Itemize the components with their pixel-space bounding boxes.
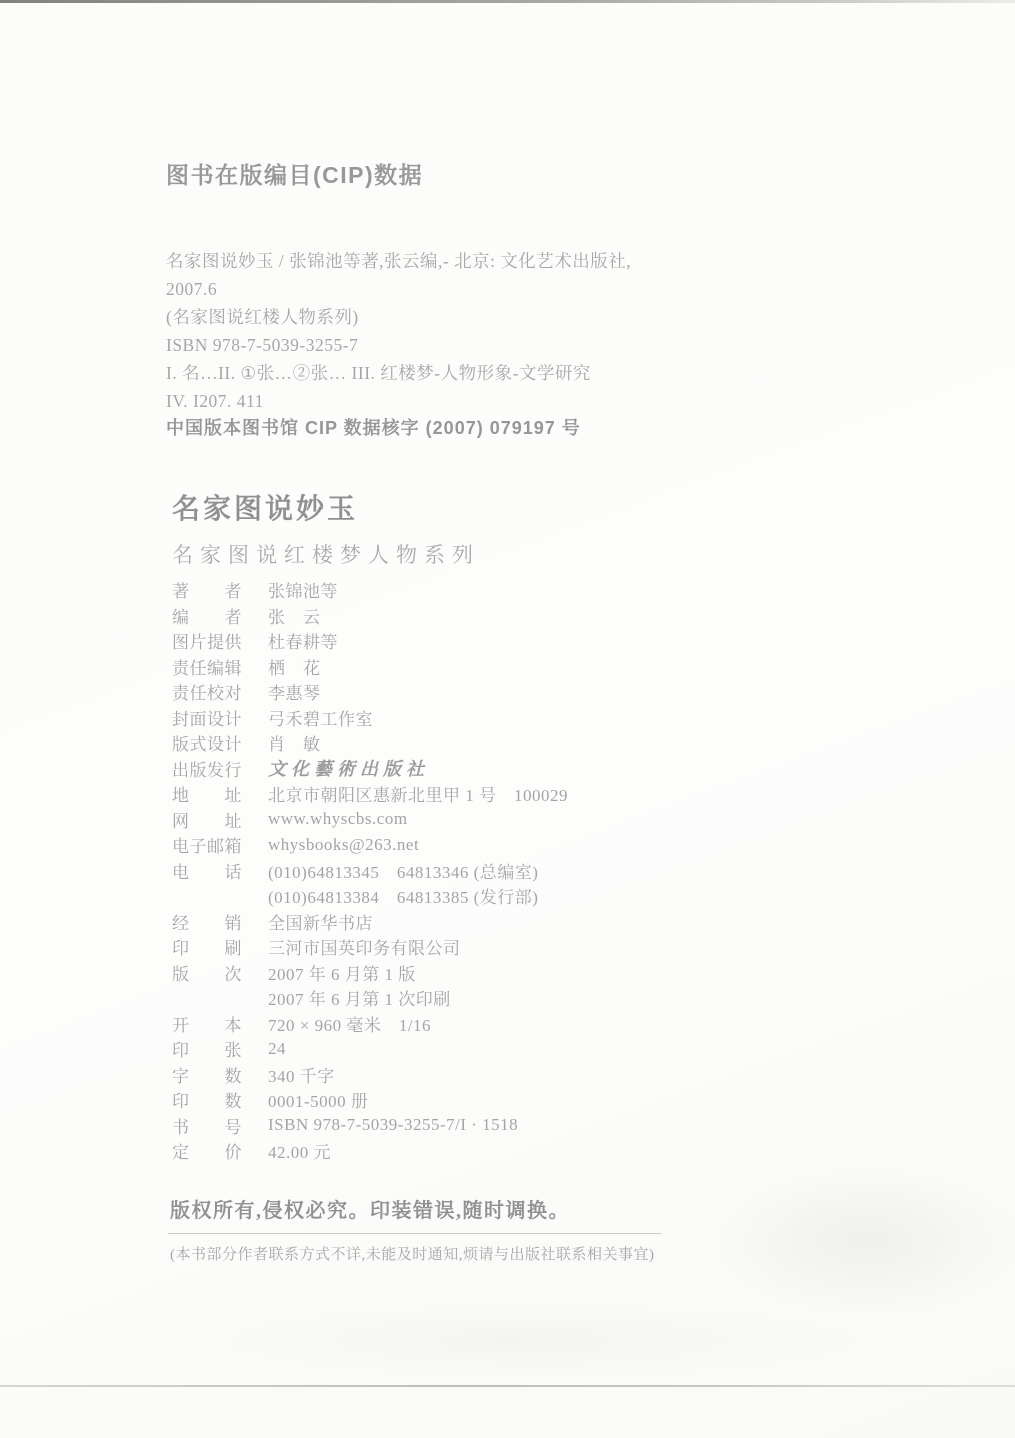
field-value: 720 × 960 毫米 1/16 <box>268 1011 431 1036</box>
page-top-edge-shadow <box>0 0 1015 3</box>
field-value: 李惠琴 <box>268 679 321 704</box>
row-distribution: 经 销 全国新华书店 <box>172 909 568 935</box>
field-value: 三河市国英印务有限公司 <box>268 934 461 959</box>
field-label: 版 次 <box>172 960 246 985</box>
cip-entry-block: 名家图说妙玉 / 张锦池等著,张云编,- 北京: 文化艺术出版社, 2007.6… <box>166 247 631 415</box>
row-edition-2: 2007 年 6 月第 1 次印刷 <box>172 985 568 1011</box>
publisher-logo-text: 文化藝術出版社 <box>268 755 429 781</box>
field-value: 栖 花 <box>268 654 321 679</box>
cip-heading: 图书在版编目(CIP)数据 <box>166 157 423 190</box>
field-value: www.whyscbs.com <box>268 809 408 829</box>
cip-record-number: 中国版本图书馆 CIP 数据核字 (2007) 079197 号 <box>166 414 581 440</box>
row-phone: 电 话 (010)64813345 64813346 (总编室) <box>172 858 568 884</box>
row-proofreader: 责任校对 李惠琴 <box>172 679 568 705</box>
row-address: 地 址 北京市朝阳区惠新北里甲 1 号 100029 <box>172 781 568 807</box>
book-copyright-page: 图书在版编目(CIP)数据 名家图说妙玉 / 张锦池等著,张云编,- 北京: 文… <box>0 0 1015 1438</box>
row-author: 著 者 张锦池等 <box>172 577 568 603</box>
field-value: 2007 年 6 月第 1 次印刷 <box>268 985 451 1010</box>
scan-smudge <box>700 1160 1015 1320</box>
field-value: 张锦池等 <box>268 577 338 602</box>
cip-entry-line: ISBN 978-7-5039-3255-7 <box>166 331 631 359</box>
series-title: 名家图说红楼梦人物系列 <box>172 539 480 569</box>
page-bottom-edge <box>0 1385 1015 1387</box>
field-value: 肖 敏 <box>268 730 321 755</box>
field-value: 2007 年 6 月第 1 版 <box>268 960 416 985</box>
row-cover-design: 封面设计 弓禾碧工作室 <box>172 705 568 731</box>
field-value: 张 云 <box>268 603 321 628</box>
field-label: 开 本 <box>172 1011 246 1036</box>
field-label: 出版发行 <box>172 756 246 781</box>
scan-smudge <box>160 1300 860 1380</box>
field-value: (010)64813384 64813385 (发行部) <box>268 883 538 908</box>
cip-entry-line: (名家图说红楼人物系列) <box>166 303 631 331</box>
row-editor: 编 者 张 云 <box>172 603 568 629</box>
field-label: 印 刷 <box>172 934 246 959</box>
row-website: 网 址 www.whyscbs.com <box>172 807 568 833</box>
row-format: 开 本 720 × 960 毫米 1/16 <box>172 1011 568 1037</box>
field-label: 责任编辑 <box>172 654 246 679</box>
row-email: 电子邮箱 whysbooks@263.net <box>172 832 568 858</box>
field-label: 地 址 <box>172 781 246 806</box>
cip-entry-line: 名家图说妙玉 / 张锦池等著,张云编,- 北京: 文化艺术出版社, <box>166 247 631 275</box>
row-printing: 印 刷 三河市国英印务有限公司 <box>172 934 568 960</box>
field-label: 印 张 <box>172 1036 246 1061</box>
book-title: 名家图说妙玉 <box>172 487 358 527</box>
field-label: 编 者 <box>172 603 246 628</box>
cip-entry-line: IV. I207. 411 <box>166 387 631 415</box>
row-book-number: 书 号 ISBN 978-7-5039-3255-7/I · 1518 <box>172 1113 568 1139</box>
cip-entry-line: I. 名…II. ①张…②张… III. 红楼梦-人物形象-文学研究 <box>166 359 631 387</box>
field-label: 网 址 <box>172 807 246 832</box>
row-printed-sheets: 印 张 24 <box>172 1036 568 1062</box>
field-value: whysbooks@263.net <box>268 835 419 855</box>
field-value: 全国新华书店 <box>268 909 373 934</box>
field-label: 定 价 <box>172 1138 246 1163</box>
field-value: 北京市朝阳区惠新北里甲 1 号 100029 <box>268 781 568 806</box>
row-image-provider: 图片提供 杜春耕等 <box>172 628 568 654</box>
copyright-notice: 版权所有,侵权必究。印装错误,随时调换。 <box>170 1194 570 1223</box>
contact-note: (本书部分作者联系方式不详,未能及时通知,烦请与出版社联系相关事宜) <box>170 1243 655 1264</box>
field-label: 责任校对 <box>172 679 246 704</box>
row-edition: 版 次 2007 年 6 月第 1 版 <box>172 960 568 986</box>
field-value: 340 千字 <box>268 1062 335 1087</box>
field-label: 著 者 <box>172 577 246 602</box>
publication-info-table: 著 者 张锦池等 编 者 张 云 图片提供 杜春耕等 责任编辑 栖 花 责任校对… <box>172 577 568 1164</box>
field-label: 印 数 <box>172 1087 246 1112</box>
row-price: 定 价 42.00 元 <box>172 1138 568 1164</box>
field-label: 图片提供 <box>172 628 246 653</box>
field-label: 电子邮箱 <box>172 832 246 857</box>
field-value: 弓禾碧工作室 <box>268 705 373 730</box>
field-label: 电 话 <box>172 858 246 883</box>
row-layout-design: 版式设计 肖 敏 <box>172 730 568 756</box>
cip-entry-line: 2007.6 <box>166 275 631 303</box>
field-value: 杜春耕等 <box>268 628 338 653</box>
row-publisher: 出版发行 文化藝術出版社 <box>172 756 568 782</box>
row-phone-2: (010)64813384 64813385 (发行部) <box>172 883 568 909</box>
row-word-count: 字 数 340 千字 <box>172 1062 568 1088</box>
row-managing-editor: 责任编辑 栖 花 <box>172 654 568 680</box>
field-value: (010)64813345 64813346 (总编室) <box>268 858 538 883</box>
field-label: 经 销 <box>172 909 246 934</box>
field-label: 版式设计 <box>172 730 246 755</box>
field-label: 书 号 <box>172 1113 246 1138</box>
field-value: 0001-5000 册 <box>268 1087 368 1112</box>
field-value: 42.00 元 <box>268 1138 331 1163</box>
footer-divider <box>168 1233 661 1234</box>
row-print-run: 印 数 0001-5000 册 <box>172 1087 568 1113</box>
field-label: 字 数 <box>172 1062 246 1087</box>
field-value: ISBN 978-7-5039-3255-7/I · 1518 <box>268 1115 518 1135</box>
field-label: 封面设计 <box>172 705 246 730</box>
field-value: 24 <box>268 1039 286 1059</box>
